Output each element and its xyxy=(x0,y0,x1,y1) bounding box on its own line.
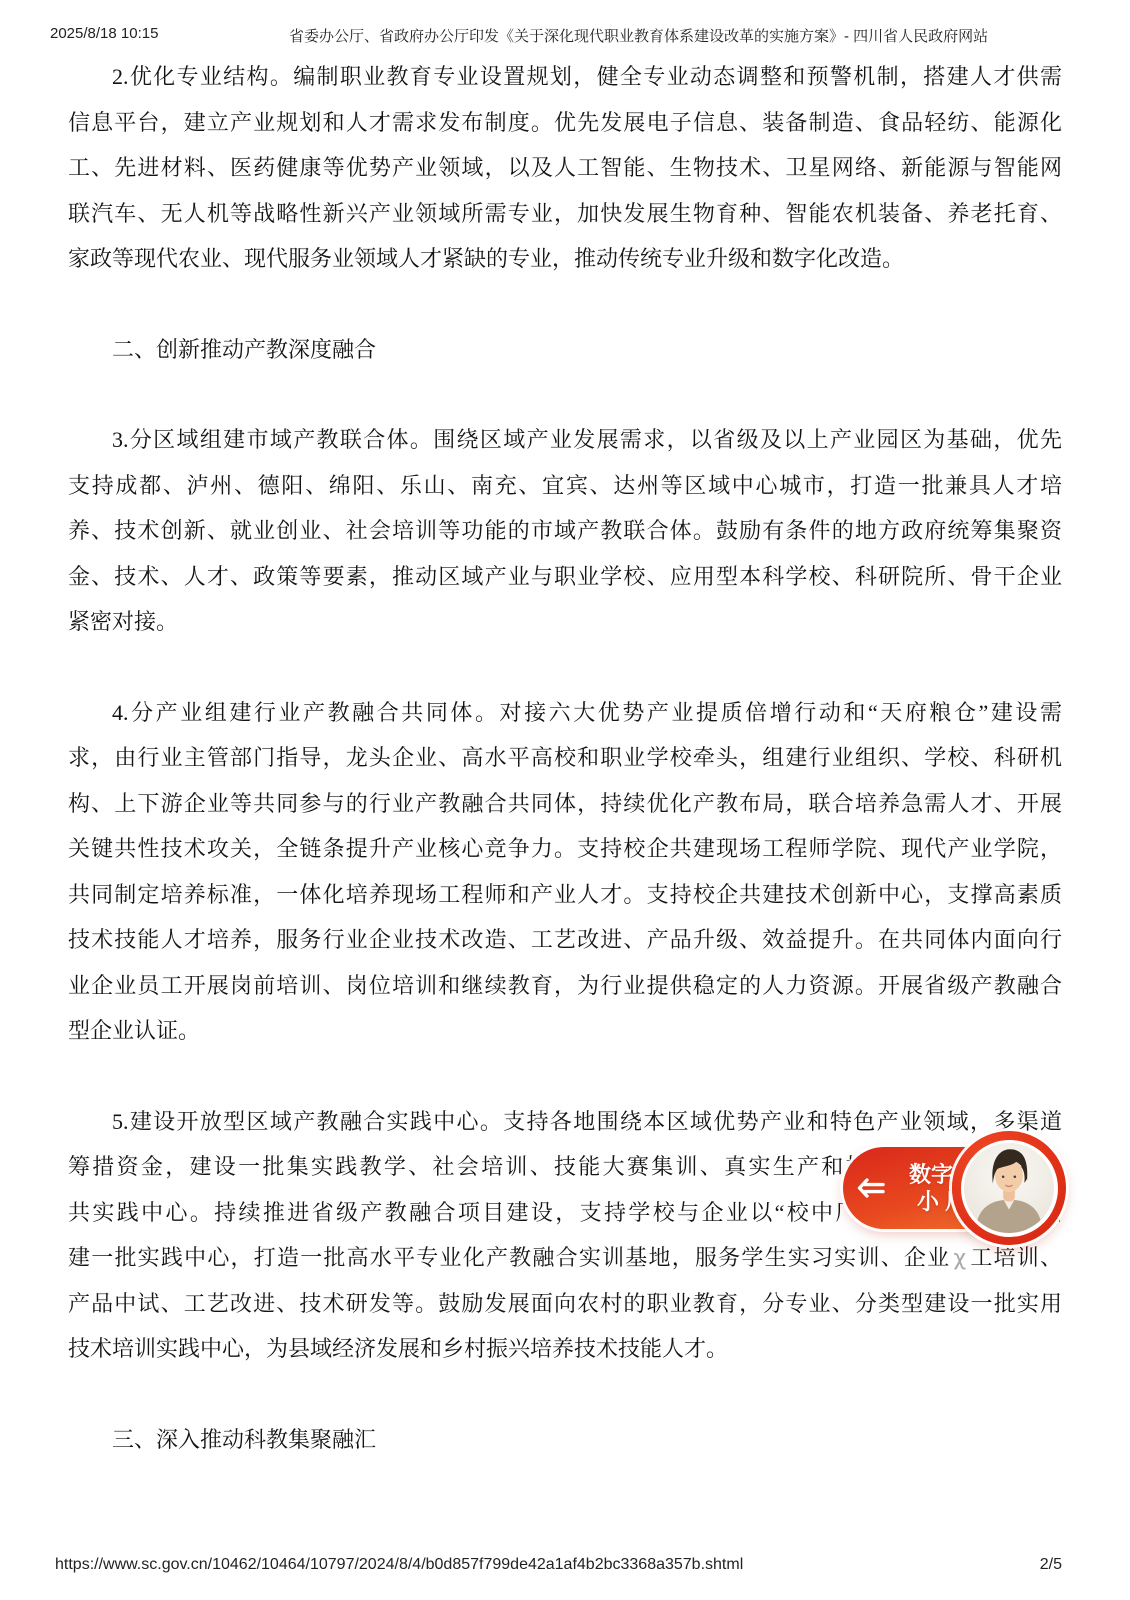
printed-document-page: 2025/8/18 10:15 省委办公厅、省政府办公厅印发《关于深化现代职业教… xyxy=(0,0,1130,1600)
document-body: 2.优化专业结构。编制职业教育专业设置规划，健全专业动态调整和预警机制，搭建人才… xyxy=(68,54,1062,1507)
document-line: 关键共性技术攻关，全链条提升产业核心竞争力。支持校企共建现场工程师学院、现代产业… xyxy=(68,826,1062,872)
document-line: 技术培训实践中心，为县域经济发展和乡村振兴培养技术技能人才。 xyxy=(68,1326,1062,1372)
document-line: 共同制定培养标准，一体化培养现场工程师和产业人才。支持校企共建技术创新中心，支撑… xyxy=(68,872,1062,918)
print-footer-page-number: 2/5 xyxy=(1040,1556,1062,1574)
paragraph-4: 4.分产业组建行业产教融合共同体。对接六大优势产业提质倍增行动和“天府粮仓”建设… xyxy=(68,690,1062,1054)
document-line: 3.分区域组建市域产教联合体。围绕区域产业发展需求，以省级及以上产业园区为基础，… xyxy=(68,417,1062,463)
assistant-avatar[interactable] xyxy=(952,1131,1066,1245)
print-footer-url: https://www.sc.gov.cn/10462/10464/10797/… xyxy=(55,1556,743,1574)
document-line: 技术技能人才培养，服务行业企业技术改造、工艺改进、产品升级、效益提升。在共同体内… xyxy=(68,917,1062,963)
section-heading-2: 二、创新推动产教深度融合 xyxy=(68,327,1062,373)
collapse-arrow-icon[interactable] xyxy=(856,1172,888,1204)
print-header-title: 省委办公厅、省政府办公厅印发《关于深化现代职业教育体系建设改革的实施方案》- 四… xyxy=(289,25,988,46)
document-line: 求，由行业主管部门指导，龙头企业、高水平高校和职业学校牵头，组建行业组织、学校、… xyxy=(68,735,1062,781)
document-line: 支持成都、泸州、德阳、绵阳、乐山、南充、宜宾、达州等区域中心城市，打造一批兼具人… xyxy=(68,463,1062,509)
paragraph-3: 3.分区域组建市域产教联合体。围绕区域产业发展需求，以省级及以上产业园区为基础，… xyxy=(68,417,1062,645)
line-segment: 建一批实践中心，打造一批高水平专业化产教融合实训基地，服务学生实习实训、企业 xyxy=(68,1245,950,1270)
assistant-avatar-photo xyxy=(964,1143,1054,1233)
assistant-avatar-frame xyxy=(961,1140,1058,1237)
document-line: 紧密对接。 xyxy=(68,599,1062,645)
digital-assistant-widget[interactable]: 数字人 小 川 xyxy=(843,1131,1066,1245)
document-line: 4.分产业组建行业产教融合共同体。对接六大优势产业提质倍增行动和“天府粮仓”建设… xyxy=(68,690,1062,736)
section-heading-text: 二、创新推动产教深度融合 xyxy=(68,327,1062,373)
document-line: 养、技术创新、就业创业、社会培训等功能的市域产教联合体。鼓励有条件的地方政府统筹… xyxy=(68,508,1062,554)
document-line: 业企业员工开展岗前培训、岗位培训和继续教育，为行业提供稳定的人力资源。开展省级产… xyxy=(68,963,1062,1009)
document-line: 联汽车、无人机等战略性新兴产业领域所需专业，加快发展生物育种、智能农机装备、养老… xyxy=(68,191,1062,237)
document-line: 家政等现代农业、现代服务业领域人才紧缺的专业，推动传统专业升级和数字化改造。 xyxy=(68,236,1062,282)
document-line: 构、上下游企业等共同参与的行业产教融合共同体，持续优化产教布局，联合培养急需人才… xyxy=(68,781,1062,827)
document-line: 信息平台，建立产业规划和人才需求发布制度。优先发展电子信息、装备制造、食品轻纺、… xyxy=(68,100,1062,146)
paragraph-2: 2.优化专业结构。编制职业教育专业设置规划，健全专业动态调整和预警机制，搭建人才… xyxy=(68,54,1062,282)
line-segment: 工培训、 xyxy=(969,1245,1062,1270)
document-line: 2.优化专业结构。编制职业教育专业设置规划，健全专业动态调整和预警机制，搭建人才… xyxy=(68,54,1062,100)
document-line: 产品中试、工艺改进、技术研发等。鼓励发展面向农村的职业教育，分专业、分类型建设一… xyxy=(68,1281,1062,1327)
document-line: 工、先进材料、医药健康等优势产业领域，以及人工智能、生物技术、卫星网络、新能源与… xyxy=(68,145,1062,191)
section-heading-text: 三、深入推动科教集聚融汇 xyxy=(68,1417,1062,1463)
document-line: 型企业认证。 xyxy=(68,1008,1062,1054)
section-heading-3: 三、深入推动科教集聚融汇 xyxy=(68,1417,1062,1463)
missing-glyph-placeholder: χ xyxy=(950,1246,969,1271)
document-line: 金、技术、人才、政策等要素，推动区域产业与职业学校、应用型本科学校、科研院所、骨… xyxy=(68,554,1062,600)
print-header-datetime: 2025/8/18 10:15 xyxy=(50,25,158,42)
